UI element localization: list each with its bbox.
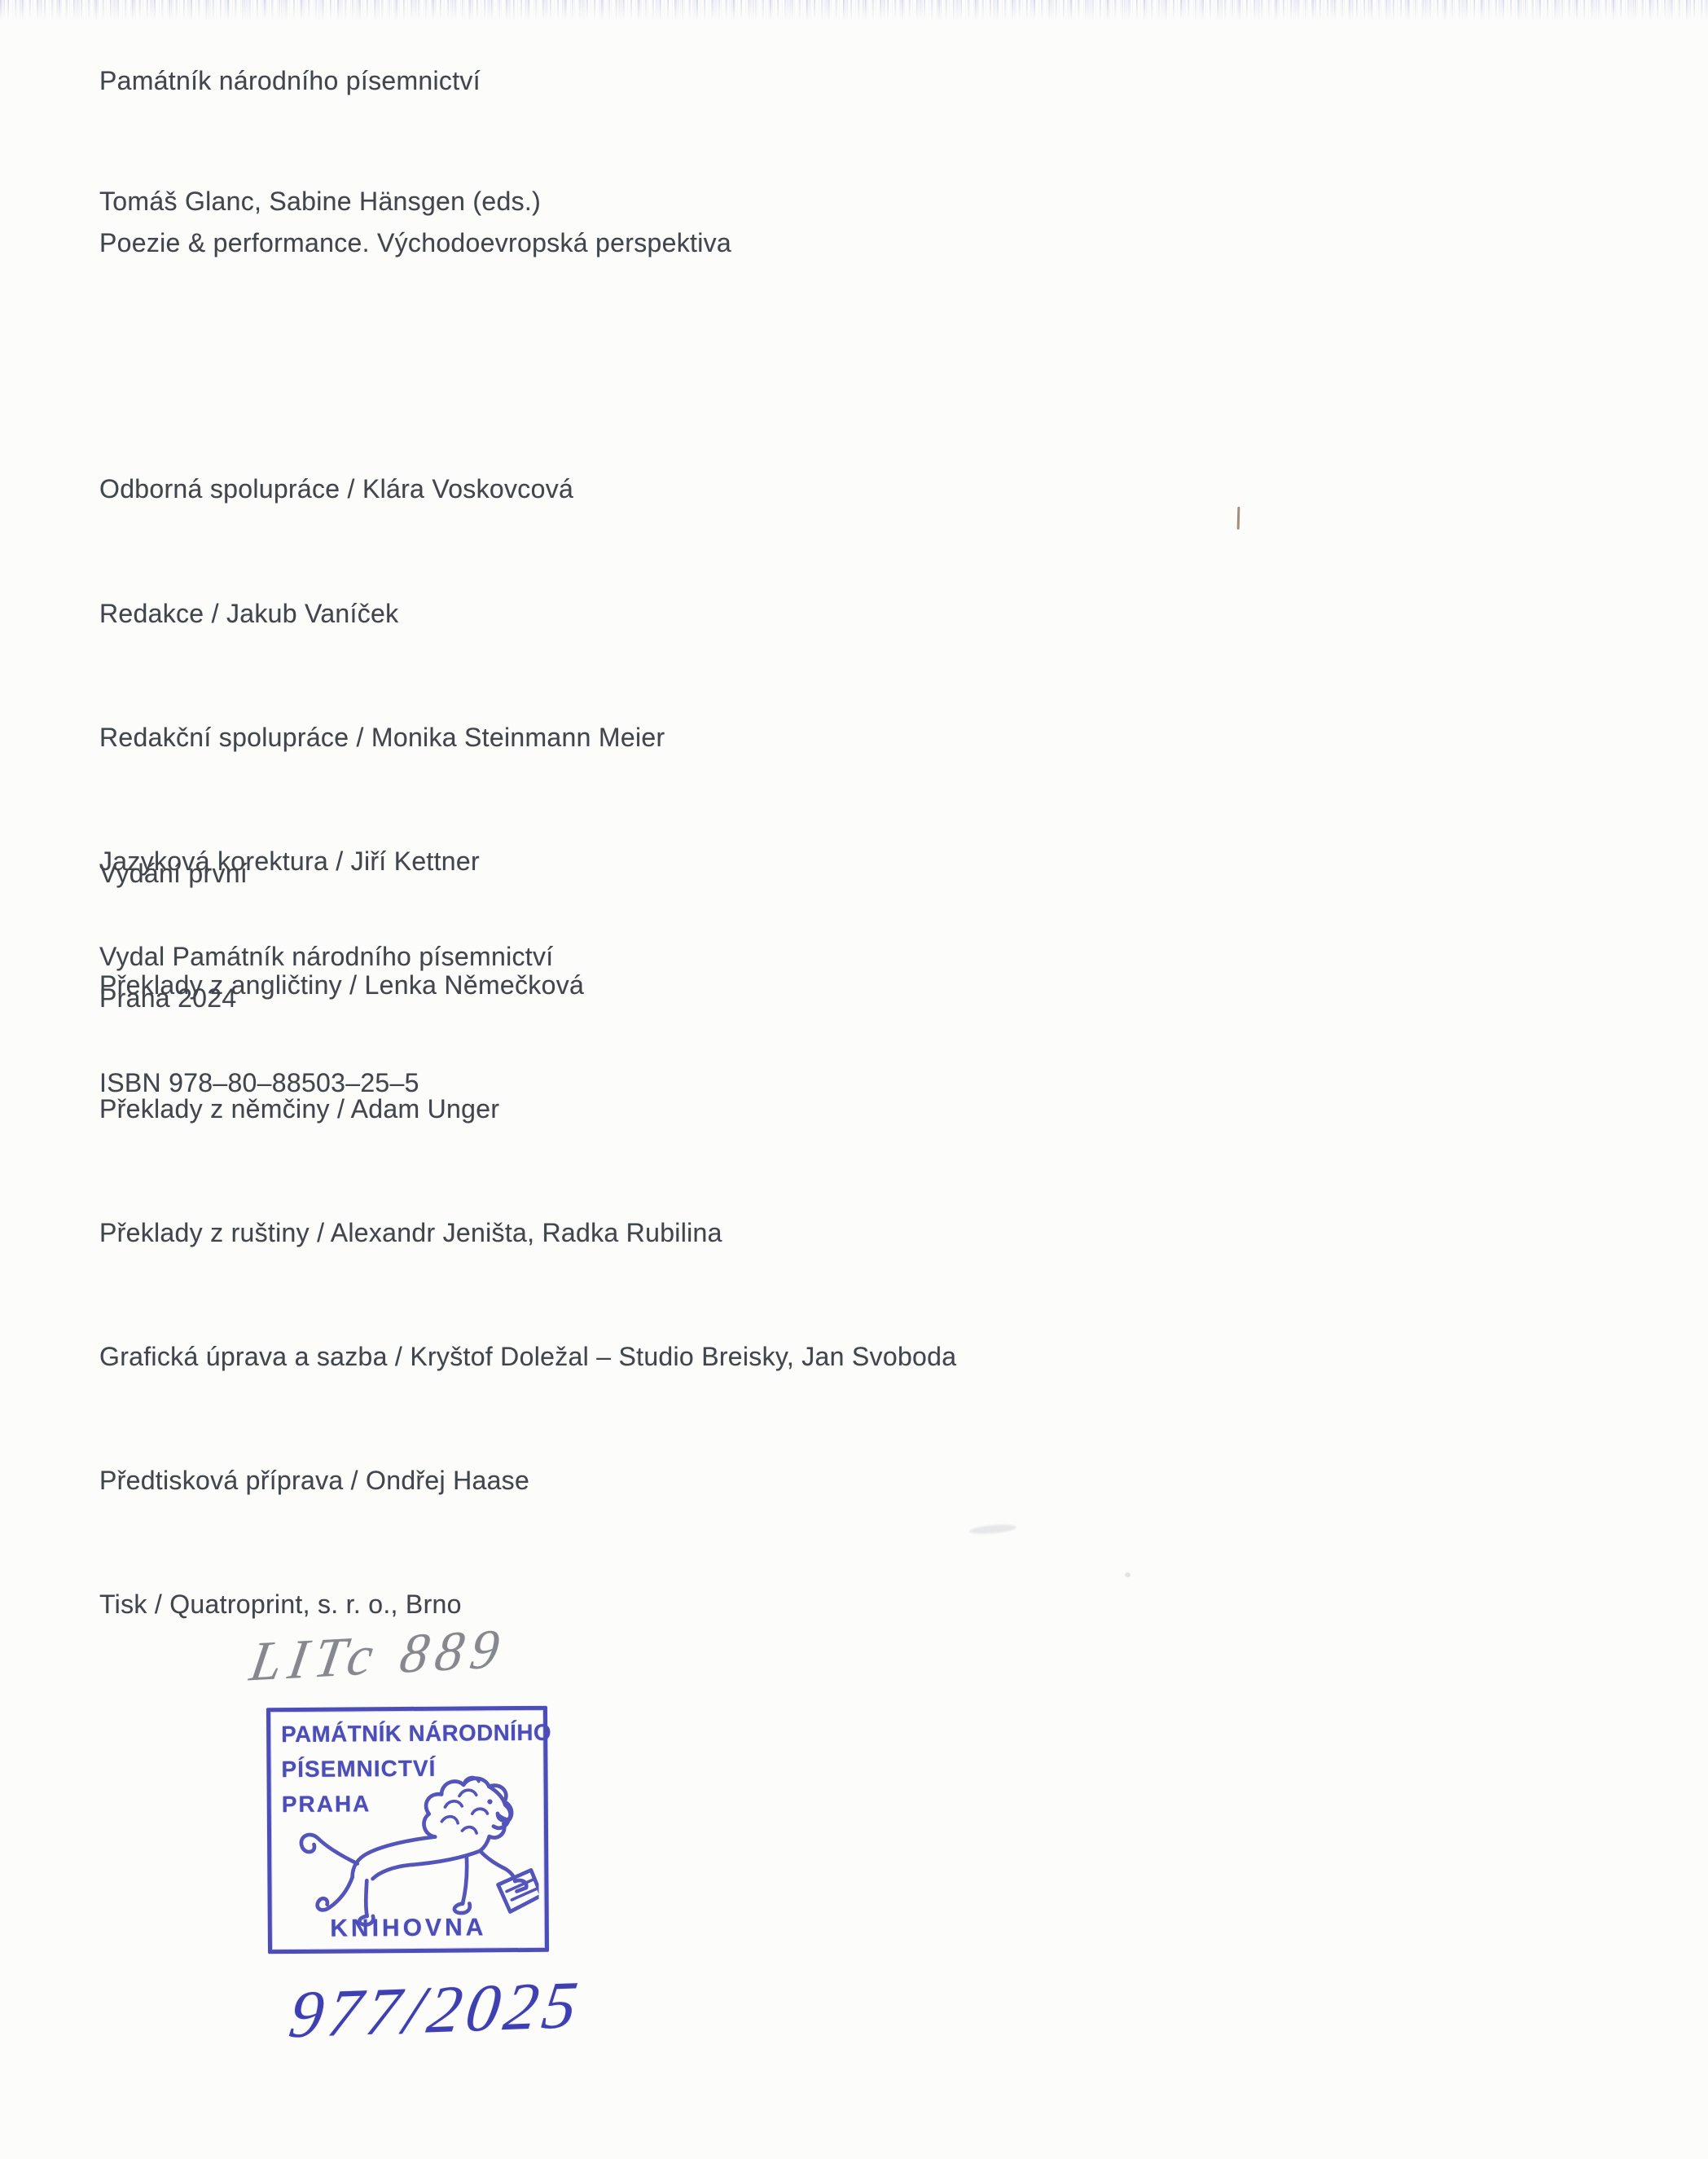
scanned-colophon-page: Památník národního písemnictví Tomáš Gla… xyxy=(0,0,1708,2159)
heraldic-lion-standing-on-book-icon xyxy=(283,1754,538,1928)
scan-artifact-speck xyxy=(1125,1572,1131,1577)
handwritten-accession-number: 977/2025 xyxy=(284,1966,586,2053)
scanner-edge-noise xyxy=(0,0,1708,21)
scan-artifact-smudge xyxy=(969,1523,1017,1535)
credit-line: Tisk / Quatroprint, s. r. o., Brno xyxy=(99,1584,956,1625)
scan-artifact-tick xyxy=(1237,507,1240,530)
library-stamp: PAMÁTNÍK NÁRODNÍHO PÍSEMNICTVÍ PRAHA xyxy=(266,1706,549,1954)
imprint-city-year-line: Praha 2024 xyxy=(99,983,236,1014)
isbn-line: ISBN 978–80–88503–25–5 xyxy=(99,1067,419,1098)
imprint-publisher-line: Vydal Památník národního písemnictví xyxy=(99,941,553,972)
editors-line: Tomáš Glanc, Sabine Hänsgen (eds.) xyxy=(99,186,541,217)
credit-line: Předtisková příprava / Ondřej Haase xyxy=(99,1460,956,1502)
edition-line: Vydání první xyxy=(99,858,248,889)
credit-line: Redakční spolupráce / Monika Steinmann M… xyxy=(99,717,956,759)
stamp-org-name-line1: PAMÁTNÍK NÁRODNÍHO xyxy=(281,1720,551,1748)
credit-line: Grafická úprava a sazba / Kryštof Doleža… xyxy=(99,1336,956,1378)
book-title-line: Poezie & performance. Východoevropská pe… xyxy=(99,227,731,258)
publisher-header: Památník národního písemnictví xyxy=(99,65,481,96)
credits-block: Odborná spolupráce / Klára Voskovcová Re… xyxy=(99,386,956,1708)
credit-line: Překlady z ruštiny / Alexandr Jeništa, R… xyxy=(99,1212,956,1254)
credit-line: Odborná spolupráce / Klára Voskovcová xyxy=(99,468,956,510)
credit-line: Redakce / Jakub Vaníček xyxy=(99,593,956,635)
stamp-library-label: KNIHOVNA xyxy=(272,1914,545,1943)
